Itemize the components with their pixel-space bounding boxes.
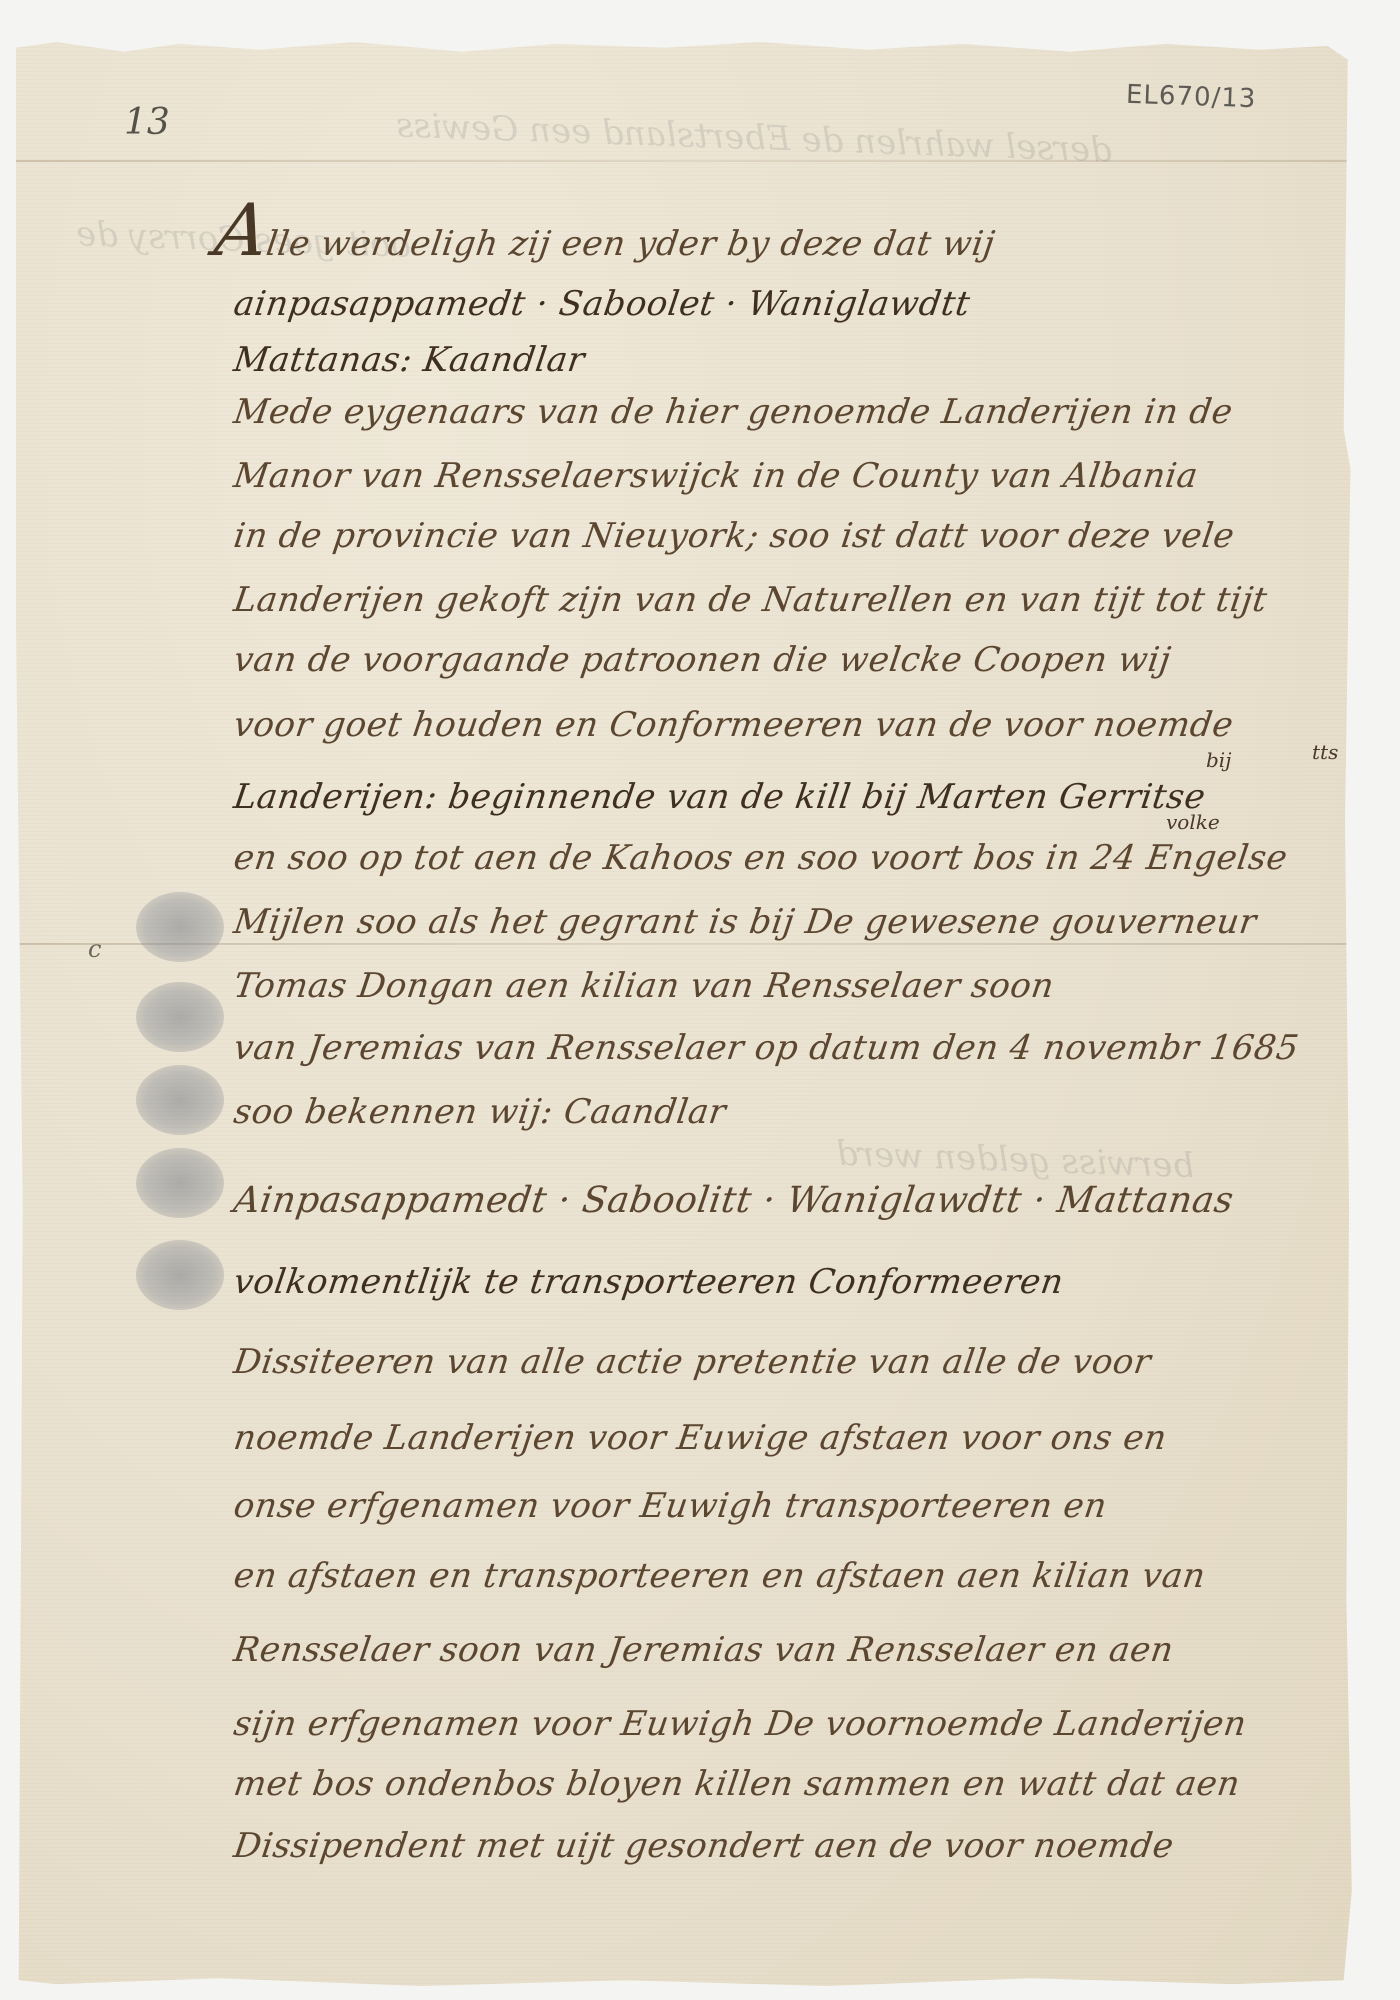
manuscript-line: Alle werdeligh zij een yder by deze dat …	[210, 188, 1002, 272]
manuscript-line: Manor van Rensselaerswijck in de County …	[231, 456, 1200, 496]
manuscript-page: dersel wahrlen de Ebertsland een Gewiss …	[16, 40, 1368, 1988]
manuscript-line: met bos ondenbos bloyen killen sammen en…	[231, 1764, 1242, 1804]
manuscript-line: en afstaen en transporteeren en afstaen …	[231, 1556, 1208, 1596]
manuscript-line: sijn erfgenamen voor Euwigh De voornoemd…	[231, 1704, 1249, 1744]
manuscript-line: Dissipendent met uijt gesondert aen de v…	[231, 1826, 1176, 1866]
manuscript-line: Landerijen gekoft zijn van de Naturellen…	[231, 580, 1270, 620]
manuscript-line: ainpasappamedt · Saboolet · Waniglawdtt	[231, 284, 972, 324]
manuscript-line: en soo op tot aen de Kahoos en soo voort…	[231, 838, 1290, 878]
manuscript-line: Mattanas: Kaandlar	[231, 340, 587, 380]
manuscript-text: Alle werdeligh zij een yder by deze dat …	[16, 40, 1368, 1988]
manuscript-line: noemde Landerijen voor Euwige afstaen vo…	[231, 1418, 1169, 1458]
interlinear-note: tts	[1312, 740, 1338, 764]
manuscript-line: van Jeremias van Rensselaer op datum den…	[231, 1028, 1301, 1068]
manuscript-line: Tomas Dongan aen kilian van Rensselaer s…	[231, 966, 1056, 1006]
manuscript-line: volkomentlijk te transporteeren Conforme…	[231, 1262, 1066, 1302]
manuscript-line: onse erfgenamen voor Euwigh transporteer…	[231, 1486, 1109, 1526]
manuscript-line: Landerijen: beginnende van de kill bij M…	[231, 777, 1208, 817]
manuscript-line: Dissiteeren van alle actie pretentie van…	[231, 1342, 1153, 1382]
manuscript-line: in de provincie van Nieuyork; soo ist da…	[231, 516, 1237, 556]
manuscript-line: van de voorgaande patroonen die welcke C…	[231, 640, 1173, 680]
manuscript-line: voor goet houden en Conformeeren van de …	[231, 705, 1236, 745]
interlinear-note: volke	[1166, 810, 1220, 834]
manuscript-line: Ainpasappamedt · Saboolitt · Waniglawdtt…	[231, 1180, 1236, 1221]
interlinear-note: bij	[1206, 748, 1231, 772]
manuscript-line: soo bekennen wij: Caandlar	[231, 1092, 728, 1132]
manuscript-line: Mede eygenaars van de hier genoemde Land…	[231, 392, 1235, 432]
manuscript-line: Mijlen soo als het gegrant is bij De gew…	[231, 902, 1259, 942]
manuscript-line: Rensselaer soon van Jeremias van Renssel…	[231, 1630, 1176, 1670]
